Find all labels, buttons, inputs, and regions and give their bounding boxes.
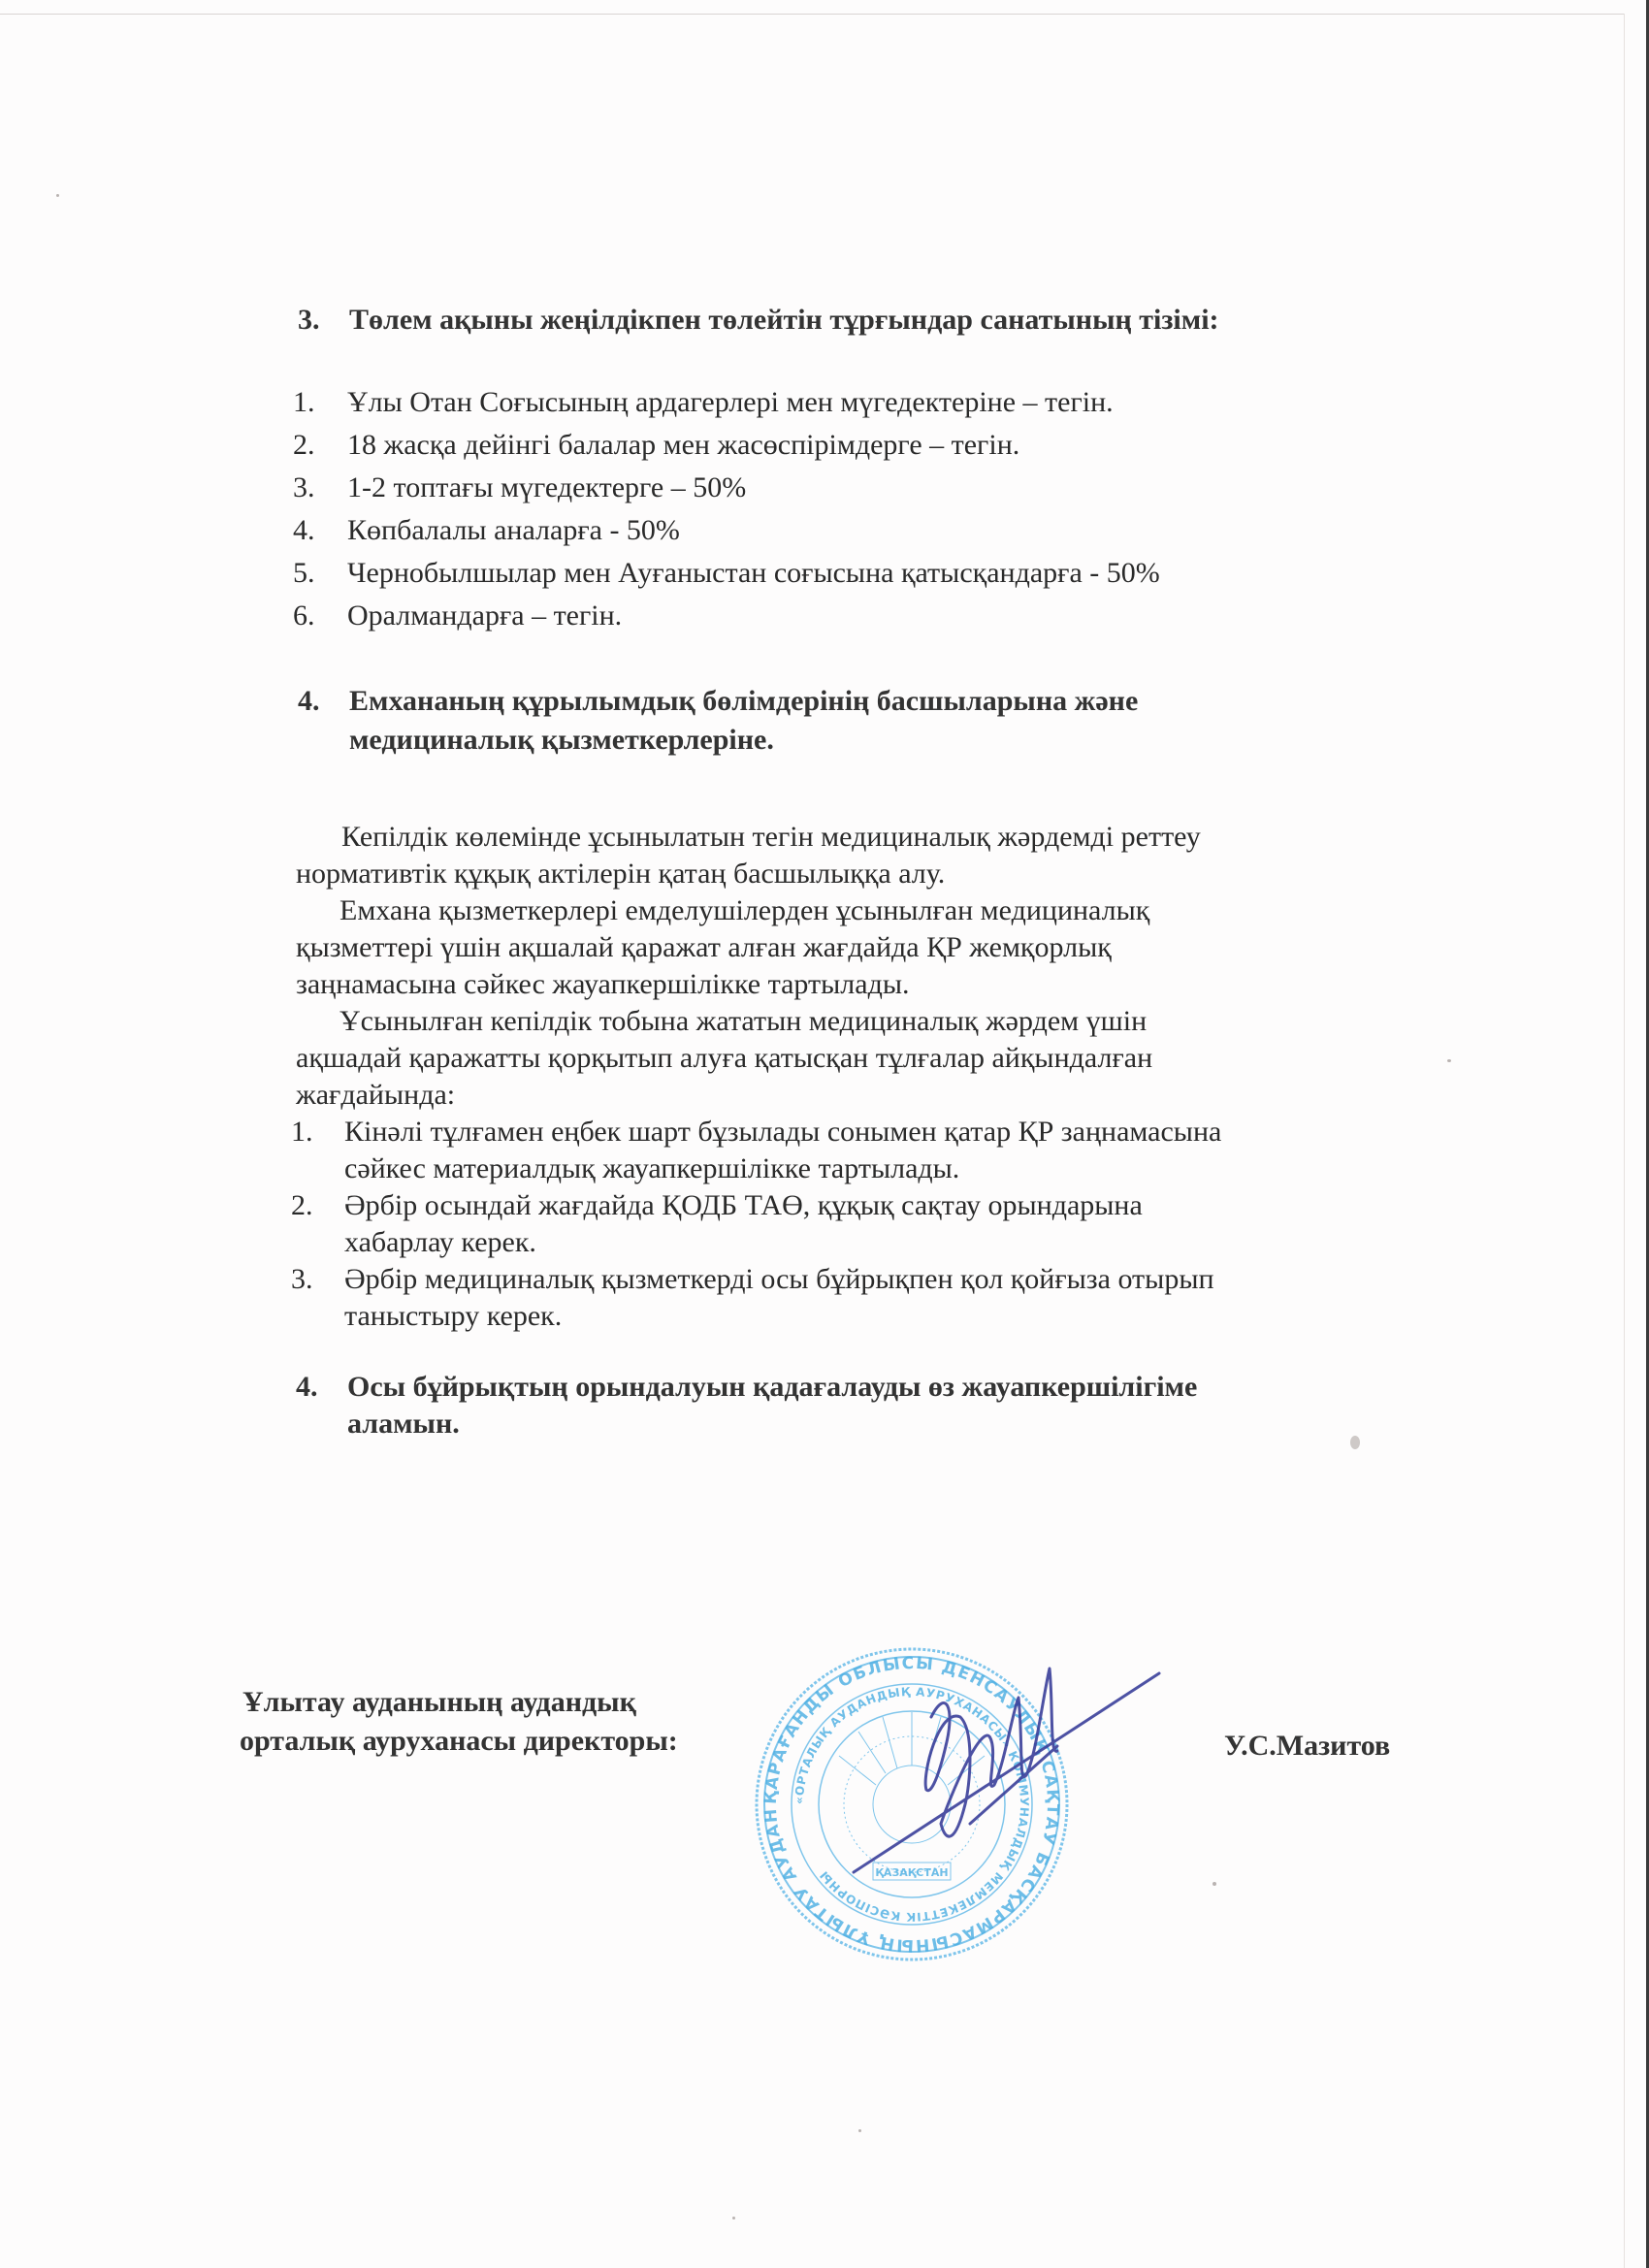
page-border-top [0, 14, 1624, 15]
signatory-name: У.С.Мазитов [1224, 1729, 1390, 1764]
item-text: 18 жасқа дейінгі балалар мен жасөспірімд… [347, 428, 1019, 463]
item-number: 1. [291, 1115, 313, 1150]
official-stamp-icon: ҚАРАҒАНДЫ ОБЛЫСЫ ДЕНСАУЛЫҚ САҚТАУ БАСҚАР… [752, 1644, 1072, 1964]
item-text: Ұлы Отан Соғысының ардагерлері мен мүгед… [347, 385, 1114, 420]
paragraph-line: Кепілдік көлемінде ұсынылатын тегін меди… [341, 820, 1201, 855]
item-number: 5. [293, 556, 315, 591]
item-number: 2. [293, 428, 315, 463]
item-text: Оралмандарға – тегін. [347, 599, 622, 633]
item-number: 3. [291, 1262, 313, 1297]
closing-statement-cont: аламын. [347, 1407, 460, 1442]
paragraph-line: нормативтік құқық актілерін қатаң басшыл… [296, 857, 945, 891]
item-text: Чернобылшылар мен Ауғаныстан соғысына қа… [347, 556, 1160, 591]
item-number: 2. [291, 1188, 313, 1223]
heading-text: Емхананың құрылымдық бөлімдерінің басшыл… [349, 684, 1138, 719]
section-number: 3. [298, 303, 320, 338]
scan-speck [1447, 1059, 1451, 1062]
item-number: 1. [293, 385, 315, 420]
item-text: Әрбір медициналық қызметкерді осы бұйрық… [344, 1262, 1214, 1297]
paragraph-line: қызметтері үшін ақшалай қаражат алған жа… [296, 930, 1112, 965]
scan-speck [732, 2217, 735, 2219]
item-number: 4. [293, 513, 315, 548]
section-number: 4. [296, 1370, 318, 1405]
scan-speck [1212, 1882, 1216, 1886]
closing-text: Осы бұйрықтың орындалуын қадағалауды өз … [347, 1370, 1197, 1405]
item-text-cont: хабарлау керек. [344, 1225, 536, 1260]
paragraph-line: Емхана қызметкерлері емделушілерден ұсын… [339, 893, 1149, 928]
heading-text: Төлем ақыны жеңілдікпен төлейтін тұрғынд… [349, 303, 1219, 338]
section-number: 4. [298, 684, 320, 719]
item-text-cont: сәйкес материалдық жауапкершілікке тарты… [344, 1151, 959, 1186]
signatory-title-line2: орталық ауруханасы директоры: [240, 1724, 678, 1759]
paragraph-line: жағдайында: [296, 1078, 455, 1113]
scan-speck [1350, 1436, 1360, 1449]
svg-text:ҚАЗАҚСТАН: ҚАЗАҚСТАН [875, 1866, 948, 1879]
item-text-cont: таныстыру керек. [344, 1299, 562, 1334]
item-text: Көпбалалы аналарға - 50% [347, 513, 680, 548]
scan-speck [858, 2129, 861, 2132]
item-number: 6. [293, 599, 315, 633]
item-text: Кінәлі тұлғамен еңбек шарт бұзылады соны… [344, 1115, 1221, 1150]
signatory-title-line1: Ұлытау ауданының аудандық [242, 1685, 636, 1720]
section-4-heading-cont: медициналық қызметкерлеріне. [349, 723, 774, 758]
paragraph-line: Ұсынылған кепілдік тобына жататын медици… [339, 1004, 1147, 1039]
scan-speck [56, 194, 59, 197]
page-border-right [1624, 14, 1625, 2268]
paragraph-line: ақшадай қаражатты қорқытып алуға қатысқа… [296, 1041, 1152, 1076]
paragraph-line: заңнамасына сәйкес жауапкершілікке тарты… [296, 967, 910, 1002]
item-text: 1-2 топтағы мүгедектерге – 50% [347, 470, 746, 505]
item-text: Әрбір осындай жағдайда ҚОДБ ТАӨ, құқық с… [344, 1188, 1143, 1223]
item-number: 3. [293, 470, 315, 505]
